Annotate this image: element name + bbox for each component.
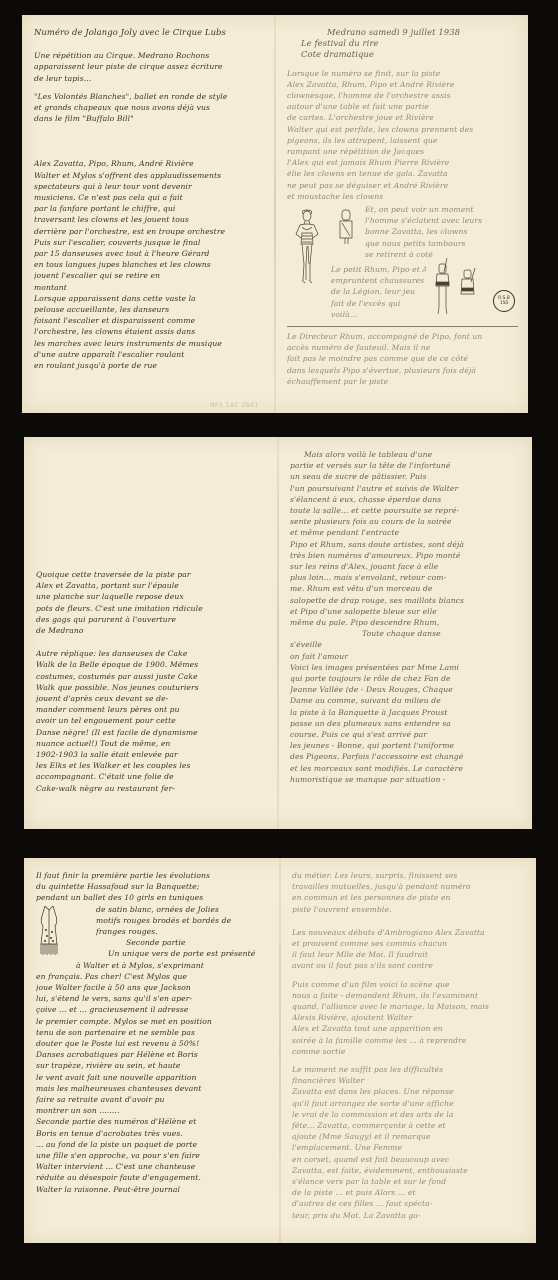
archive-stamp: R.S.B 150 <box>493 290 515 312</box>
text-line: Lorsque apparaissent dans cette vaste la <box>34 293 265 304</box>
text-line: travailles mutuelles, jusqu'à pendant nu… <box>292 881 526 892</box>
text-line: de cartes. L'orchestre joue et Rivière <box>287 112 518 123</box>
text-line: Alex et Zavatta tout une apparition en <box>292 1023 526 1034</box>
page-date-heading: Medrano samedi 9 juillet 1938 <box>287 27 518 38</box>
text-line: s'élancent à eux, chasse éperdue dans <box>290 494 522 505</box>
text-line: Puis sur l'escalier, couverts jusque le … <box>34 237 265 248</box>
text-line: s'élance vers par la table et sur le fon… <box>292 1176 526 1187</box>
costume-dress-sketch-icon <box>36 904 62 958</box>
footnote-line: échauffement par le piste <box>287 376 518 387</box>
text-line: fête... Zavatta, commerçante à cette et <box>292 1120 526 1131</box>
text-line: la piste à la Banquette à Jacques Proust <box>290 707 522 718</box>
text-line: toute la salle... et cette poursuite se … <box>290 505 522 516</box>
text-line: Walk que possible. Nos jeunes couturiers <box>36 682 268 693</box>
text-line: sur les reins d'Alex, jouant face à elle <box>290 561 522 572</box>
text-line: teur, pris du Mot. La Zavatta ga- <box>292 1210 526 1221</box>
text-line: nuance actuel!) Tout de même, en <box>36 738 268 749</box>
page-subheading: Cote dramatique <box>287 49 518 60</box>
text-line: mander comment leurs pères ont pu <box>36 704 268 715</box>
text-line: bonne Zavatta, les clowns <box>365 226 505 237</box>
text-line: et même pendant l'entracte <box>290 527 522 538</box>
text-line: le premier compte. Mylos se met en posit… <box>36 1016 270 1027</box>
text-line: en corset, quand est fait beaucoup avec <box>292 1154 526 1165</box>
text-line: pendant un ballet des 10 girls en tuniqu… <box>36 892 270 903</box>
text-line: jouent l'escalier qui se retire en <box>34 270 265 281</box>
text-line: mais les malheureuses chanteuses devant <box>36 1083 270 1094</box>
text-line: sur trapèze, rivière au sein, et haute <box>36 1060 270 1071</box>
text-line: pigeons, ils les attrapent, laissent que <box>287 135 518 146</box>
manuscript-sheet-3: Il faut finir la première partie les évo… <box>24 858 536 1243</box>
text-line: rampant une répétition de Jacques <box>287 146 518 157</box>
text-line: un seau de sucre de pâtissier. Puis <box>290 471 522 482</box>
text-line: avoir un tel engouement pour cette <box>36 715 268 726</box>
text-line: le vent avait fait une nouvelle appariti… <box>36 1072 270 1083</box>
text-line: "Les Volontés Blanches", ballet en ronde… <box>34 91 265 102</box>
text-line: Walk de la Belle époque de 1900. Mêmes <box>36 659 268 670</box>
text-line: Jeanne Vallée (de - Deux Rouges, Chaque <box>290 684 522 695</box>
text-line: et grands chapeaux que nous avons déjà v… <box>34 102 265 113</box>
footnote-line: accès numéro de fauteuil. Mais il ne <box>287 342 518 353</box>
text-line: douter que le Poste lui est revenu à 50%… <box>36 1038 270 1049</box>
text-line: spectateurs qui à leur tour vont devenir <box>34 181 265 192</box>
text-line: comme sortie <box>292 1046 526 1057</box>
text-line: pelouse accueillante, les danseurs <box>34 304 265 315</box>
text-line: le vrai de la commission et des arts de … <box>292 1109 526 1120</box>
text-line: lui, s'étend le vers, sans qu'il s'en ap… <box>36 993 270 1004</box>
text-line: ne peut pas se déguiser et André Rivière <box>287 180 518 191</box>
text-line: Pipo et Rhum, sans doute artistes, sont … <box>290 539 522 550</box>
sheet-2-left-page: Quoique cette traversée de la piste par … <box>24 437 278 829</box>
text-line: l'un poursuivant l'autre et suivis de Wa… <box>290 483 522 494</box>
text-line: passe un des plumeaux sans entendre sa <box>290 718 522 729</box>
text-line: quand, l'alliance avec le mariage, la Ma… <box>292 1001 526 1012</box>
text-line: et prouvent comme ses commis chacun <box>292 938 526 949</box>
text-line: les marches avec leurs instruments de mu… <box>34 338 265 349</box>
section-heading: Seconde partie <box>96 937 270 948</box>
text-line: en français. Pas cher! C'est Mylos que <box>36 971 270 982</box>
text-line: fait de l'excès qui <box>331 298 426 309</box>
text-line: derrière par l'orchestre, est en troupe … <box>34 226 265 237</box>
text-line: Zavatta est dans les places. Une réponse <box>292 1086 526 1097</box>
dancer-figure-sketch-icon <box>293 208 321 288</box>
text-line: Alex Zavatta, Pipo, Rhum, André Rivière <box>34 158 265 169</box>
text-line: d'autres de ces filles ... faut spécta- <box>292 1198 526 1209</box>
text-line: de la Légion, leur jeu <box>331 286 426 297</box>
manuscript-sheet-2: Quoique cette traversée de la piste par … <box>24 437 532 829</box>
text-line: par 15 danseuses avec tout à l'heure Gér… <box>34 248 265 259</box>
text-line: ajoute (Mme Saugy) et il remarque <box>292 1131 526 1142</box>
page-subheading: Le festival du rire <box>287 38 518 49</box>
text-line: faire sa retraite avant d'avoir pu <box>36 1094 270 1105</box>
stamp-number: 150 <box>500 301 509 307</box>
sheet-3-right-page: du métier. Les leurs, surpris, finissent… <box>280 858 536 1243</box>
text-line: l'orchestre, les clowns étaient assis da… <box>34 326 265 337</box>
text-line: du métier. Les leurs, surpris, finissent… <box>292 870 526 881</box>
text-line: Un unique vers de porte est présenté <box>36 948 270 959</box>
archive-call-number: NFS 1AC 2881 <box>210 402 259 409</box>
text-line: faisant l'escalier et disparaissent comm… <box>34 315 265 326</box>
boy-figure-sketch-icon <box>337 208 355 248</box>
text-line: Danses acrobatiques par Hélène et Boris <box>36 1049 270 1060</box>
sheet-2-right-page: Mais alors voilà le tableau d'une partie… <box>278 437 532 829</box>
text-line: de la piste ... et puis Alors ... et <box>292 1187 526 1198</box>
sketch-caption-2: Le petit Rhum, Pipo et Alex empruntent c… <box>331 264 426 320</box>
text-line: Walter la raisonne. Peut-être journal <box>36 1184 270 1195</box>
text-line: Quoique cette traversée de la piste par <box>36 569 268 580</box>
text-line: dans le film "Buffalo Bill" <box>34 113 265 124</box>
text-line: Alex Zavatta, Rhum, Pipo et André Rivièr… <box>287 79 518 90</box>
text-line: en commun et les personnes de piste en <box>292 892 526 903</box>
text-line: Dame au comme, suivant du milieu de <box>290 695 522 706</box>
text-line: les jeunes - Bonne, qui portent l'unifor… <box>290 740 522 751</box>
text-line: piste l'ouvrent ensemble. <box>292 904 526 915</box>
manuscript-sheet-1: Numéro de Jolango Joly avec le Cirque Lu… <box>22 15 528 413</box>
text-line: ... au fond de la piste un paquet de por… <box>36 1139 270 1150</box>
text-line: Walter et Mylos s'offrent des applaudiss… <box>34 170 265 181</box>
text-line: très bien numéros d'amoureux. Pipo monté <box>290 550 522 561</box>
text-line: et moustache les clowns <box>287 191 518 202</box>
text-line: Autre réplique: les danseuses de Cake <box>36 648 268 659</box>
text-line: Puis comme d'un film voici la scène que <box>292 979 526 990</box>
text-line: Lorsque le numéro se finit, sur la piste <box>287 68 518 79</box>
footnote-divider <box>287 326 518 327</box>
text-line: élie les clowns en tenue de gala. Zavatt… <box>287 168 518 179</box>
text-line: course. Puis ce qui s'est arrivé par <box>290 729 522 740</box>
text-line: réduite au désespoir faute d'engagement. <box>36 1172 270 1183</box>
text-line: Toute chaque danse <box>290 628 522 639</box>
text-line: Une répétition au Cirque. Medrano Rochon… <box>34 50 265 61</box>
text-line: financières Walter <box>292 1075 526 1086</box>
text-line: nous a faite - demandent Rhum, ils l'exa… <box>292 990 526 1001</box>
text-line: Alex et Zavatta, portant sur l'épaule <box>36 580 268 591</box>
text-line: Les nouveaux débuts d'Ambrogiano Alex Za… <box>292 927 526 938</box>
text-line: empruntent chaussures <box>331 275 426 286</box>
text-line: jouent d'après ceux devant se de- <box>36 693 268 704</box>
text-line: en roulant jusqu'à porte de rue <box>34 360 265 371</box>
text-line: Le petit Rhum, Pipo et Alex <box>331 264 426 275</box>
text-line: tenu de son partenaire et ne semble pas <box>36 1027 270 1038</box>
text-line: en tous langues jupes blanches et les cl… <box>34 259 265 270</box>
text-line: s'éveille <box>290 639 522 650</box>
text-line: de satin blanc, ornées de Jolies <box>96 904 270 915</box>
footnote-line: Le Directeur Rhum, accompagné de Pipo, f… <box>287 331 518 342</box>
text-line: humoristique se manque par situation - <box>290 774 522 785</box>
text-line: partie et versés sur la tête de l'infort… <box>290 460 522 471</box>
text-line: Walter intervient ... C'est une chanteus… <box>36 1161 270 1172</box>
text-line: et les morceaux sont modifiés. Le caract… <box>290 763 522 774</box>
costume-sketches: Et, on peut voir un moment l'homme s'écl… <box>287 202 518 322</box>
footnote-line: dans lesquels Pipo s'évertue, plusieurs … <box>287 365 518 376</box>
text-line: Le moment ne suffit pas les difficultés <box>292 1064 526 1075</box>
text-line: l'Alex qui est jamais Rhum Pierre Rivièr… <box>287 157 518 168</box>
text-line: les Elks et les Walker et les couples le… <box>36 760 268 771</box>
text-line: il faut leur Mlle de Moi. Il faudrait <box>292 949 526 960</box>
text-line: l'emplacement. Une Femme <box>292 1142 526 1153</box>
text-line: me. Rhum est vêtu d'un morceau de <box>290 583 522 594</box>
text-line: de leur tapis... <box>34 73 265 84</box>
text-line: montant <box>34 282 265 293</box>
text-line: plus loin... mais s'envolant, retour com… <box>290 572 522 583</box>
text-line: Zavatta, est faite, évidemment, enthousi… <box>292 1165 526 1176</box>
soldier-figure-sketch-icon <box>433 258 453 320</box>
text-line: pots de fleurs. C'est une imitation ridi… <box>36 603 268 614</box>
text-line: que nous petits tambours <box>365 238 505 249</box>
text-line: apparaissent leur piste de cirque assez … <box>34 61 265 72</box>
text-line: Et, on peut voir un moment <box>365 204 505 215</box>
text-line: même du pale. Pipo descendre Rhum, <box>290 617 522 628</box>
text-line: Danse nègre! (Il est facile de dynamisme <box>36 727 268 738</box>
text-line: Mais alors voilà le tableau d'une <box>290 449 522 460</box>
text-line: autour d'une table et fait une partie <box>287 101 518 112</box>
text-line: Boris en tenue d'acrobates très vues. <box>36 1128 270 1139</box>
text-line: Il faut finir la première partie les évo… <box>36 870 270 881</box>
text-line: Cake-walk nègre au restaurant fer- <box>36 783 268 794</box>
sheet-3-left-page: Il faut finir la première partie les évo… <box>24 858 280 1243</box>
sketch-caption-1: Et, on peut voir un moment l'homme s'écl… <box>365 204 505 260</box>
text-line: clownesque, l'homme de l'orchestre assis <box>287 90 518 101</box>
text-line: des Pigeons. Parfois l'accessoire est ch… <box>290 751 522 762</box>
text-line: salopette de drap rouge, ses maillots bl… <box>290 595 522 606</box>
sheet-1-left-page: Numéro de Jolango Joly avec le Cirque Lu… <box>22 15 275 413</box>
text-line: une planche sur laquelle repose deux <box>36 591 268 602</box>
page-heading: Numéro de Jolango Joly avec le Cirque Lu… <box>34 27 265 38</box>
text-line: sente plusieurs fois au cours de la soir… <box>290 516 522 527</box>
text-line: de Medrano <box>36 625 268 636</box>
text-line: 1902-1903 la salle était enlevée par <box>36 749 268 760</box>
text-line: montrer un son ........ <box>36 1105 270 1116</box>
soldier-figure-sketch-icon <box>459 268 477 302</box>
text-line: et Pipo d'une salopette bleue sur elle <box>290 606 522 617</box>
text-line: qu'il faut arrangez de sorte d'une affic… <box>292 1098 526 1109</box>
text-line: joue Walter facile à 50 ans que Jackson <box>36 982 270 993</box>
text-line: çoive ... et ... gracieusement il adress… <box>36 1004 270 1015</box>
text-line: avant ou il faut pas s'ils sont contre <box>292 960 526 971</box>
footnote-line: fait pas le moindre pas comme que de ce … <box>287 353 518 364</box>
text-line: une fille s'en approche, va pour s'en fa… <box>36 1150 270 1161</box>
sheet-1-right-page: Medrano samedi 9 juillet 1938 Le festiva… <box>275 15 528 413</box>
text-line: l'homme s'éclatent avec leurs <box>365 215 505 226</box>
text-line: des gags qui parurent à l'ouverture <box>36 614 268 625</box>
text-line: par la fanfare portant le chiffre, qui <box>34 203 265 214</box>
text-line: Walter qui est perfide, les clowns prenn… <box>287 124 518 135</box>
text-line: voilà... <box>331 309 426 320</box>
text-line: costumes, costumés par aussi juste Cake <box>36 671 268 682</box>
text-line: qui porte toujours le rôle de chez Fan d… <box>290 673 522 684</box>
text-line: accompagnant. C'était une folie de <box>36 771 268 782</box>
text-line: du quintette Hassafoud sur la Banquette; <box>36 881 270 892</box>
text-line: motifs rouges brodés et bordés de <box>96 915 270 926</box>
text-line: franges rouges. <box>96 926 270 937</box>
text-line: à Walter et à Mylos, s'exprimant <box>36 960 270 971</box>
text-line: Voici les images présentées par Mme Lami <box>290 662 522 673</box>
text-line: d'une autre apparaît l'escalier roulant <box>34 349 265 360</box>
text-line: soirée à la famille comme les ... à repr… <box>292 1035 526 1046</box>
text-line: traversant les clowns et les jouent tous <box>34 214 265 225</box>
text-line: musiciens. Ce n'est pas cela qui a fait <box>34 192 265 203</box>
text-line: Alexis Rivière, ajoutent Walter <box>292 1012 526 1023</box>
text-line: on fait l'amour <box>290 651 522 662</box>
text-line: Seconde partie des numéros d'Hélène et <box>36 1116 270 1127</box>
